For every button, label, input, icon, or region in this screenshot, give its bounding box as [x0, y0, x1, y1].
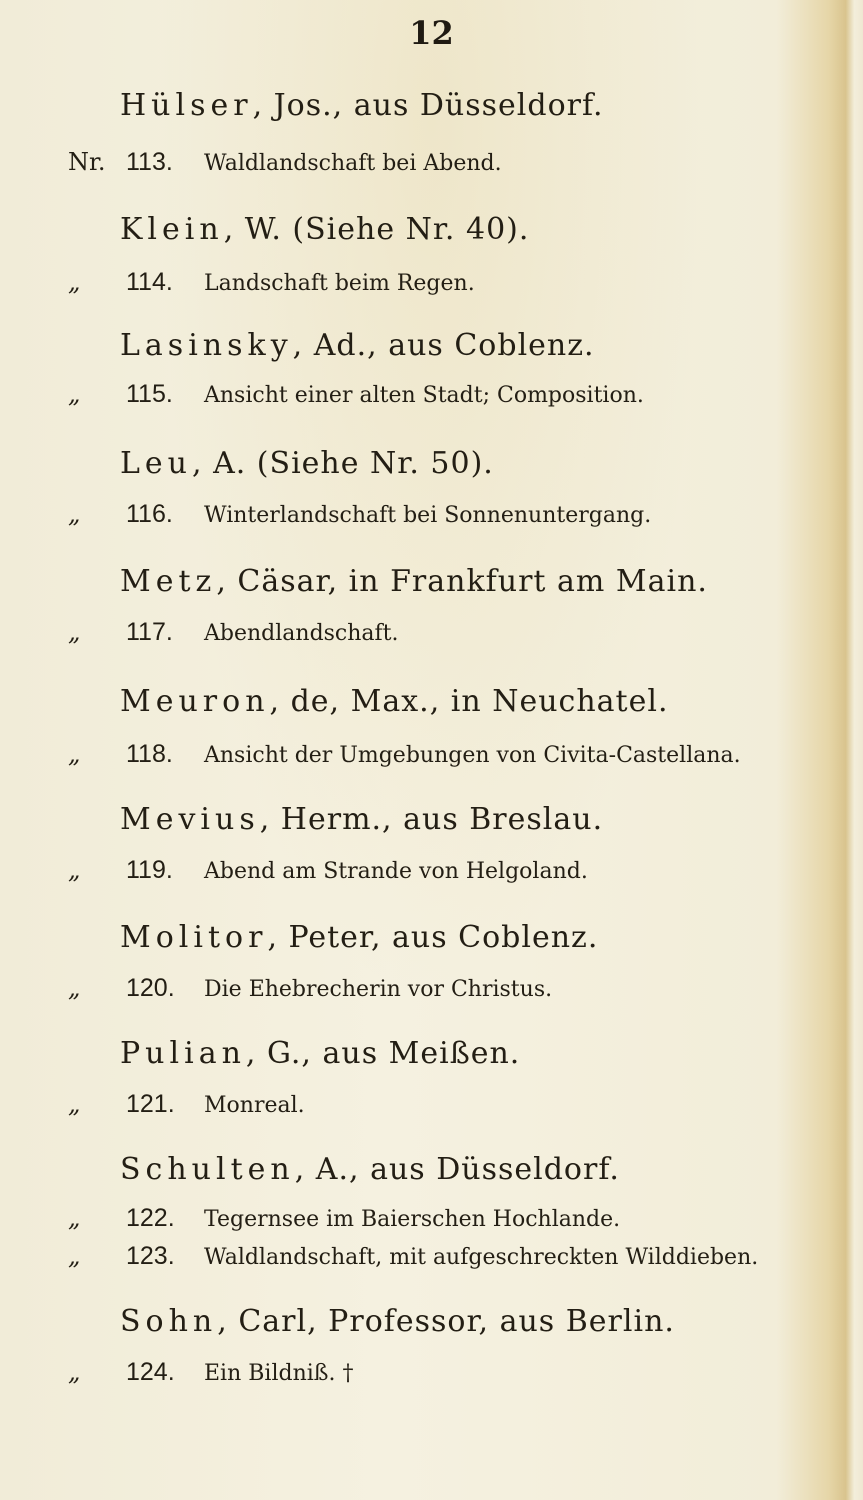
catalog-entry: „121.Monreal. [68, 1090, 305, 1119]
catalog-entry: „123.Waldlandschaft, mit aufgeschreckten… [68, 1242, 758, 1271]
catalog-entry: „114.Landschaft beim Regen. [68, 268, 475, 297]
book-page: 12 Hülser, Jos., aus Düsseldorf. Nr.113.… [0, 0, 863, 1500]
artist-heading: Hülser, Jos., aus Düsseldorf. [120, 88, 604, 123]
catalog-entry: „122.Tegernsee im Baierschen Hochlande. [68, 1204, 620, 1233]
catalog-entry: „118.Ansicht der Umgebungen von Civita-C… [68, 740, 741, 769]
catalog-entry: „124.Ein Bildniß. † [68, 1358, 353, 1387]
catalog-entry: „117.Abendlandschaft. [68, 618, 399, 647]
artist-heading: Sohn, Carl, Professor, aus Berlin. [120, 1304, 675, 1339]
catalog-entry: „116.Winterlandschaft bei Sonnenuntergan… [68, 500, 651, 529]
artist-heading: Molitor, Peter, aus Coblenz. [120, 920, 598, 955]
catalog-entry: Nr.113.Waldlandschaft bei Abend. [68, 148, 502, 177]
artist-heading: Schulten, A., aus Düsseldorf. [120, 1152, 620, 1187]
artist-heading: Leu, A. (Siehe Nr. 50). [120, 446, 494, 481]
artist-heading: Mevius, Herm., aus Breslau. [120, 802, 603, 837]
catalog-entry: „115.Ansicht einer alten Stadt; Composit… [68, 380, 644, 409]
artist-heading: Pulian, G., aus Meißen. [120, 1036, 520, 1071]
page-number: 12 [0, 14, 863, 52]
catalog-entry: „120.Die Ehebrecherin vor Christus. [68, 974, 552, 1003]
artist-heading: Meuron, de, Max., in Neuchatel. [120, 684, 669, 719]
artist-heading: Lasinsky, Ad., aus Coblenz. [120, 328, 595, 363]
artist-heading: Klein, W. (Siehe Nr. 40). [120, 212, 529, 247]
artist-heading: Metz, Cäsar, in Frankfurt am Main. [120, 564, 708, 599]
catalog-entry: „119.Abend am Strande von Helgoland. [68, 856, 588, 885]
